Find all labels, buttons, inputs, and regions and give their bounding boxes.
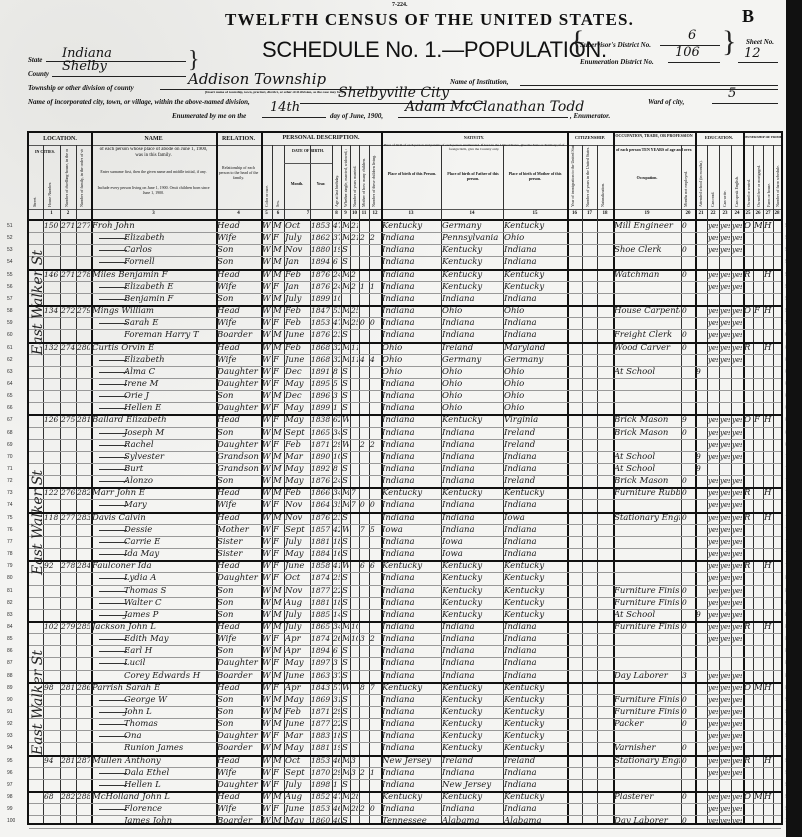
- cell-sex: F: [273, 548, 283, 560]
- cell-write: yes: [720, 354, 730, 366]
- cell-occupation: At School: [614, 366, 680, 378]
- cell-father: Kentucky: [442, 244, 502, 256]
- cell-school: 9: [696, 451, 706, 463]
- cell-color: W: [262, 475, 271, 487]
- cell-living: 1: [370, 281, 380, 293]
- cell-age: 34: [333, 427, 340, 439]
- cell-birth: Kentucky: [382, 682, 440, 694]
- cell-father: Kentucky: [442, 572, 502, 584]
- cell-mother-birth: Kentucky: [504, 682, 566, 694]
- cell-ym: 2: [351, 269, 358, 281]
- cell-year: 1853: [311, 317, 331, 329]
- line-number: 75: [7, 512, 13, 524]
- cell-speak: yes: [732, 317, 742, 329]
- cell-speak: yes: [732, 621, 742, 633]
- cell-relation: Daughter: [217, 378, 260, 390]
- cell-occupation: Shoe Clerk: [614, 244, 680, 256]
- enumeration-line: [668, 62, 720, 63]
- cell-month: Feb: [285, 706, 309, 718]
- cell-color: W: [262, 269, 271, 281]
- cell-unemp: 0: [682, 487, 694, 499]
- cell-color: W: [262, 779, 271, 791]
- cell-relation: Wife: [217, 354, 260, 366]
- cell-relation: Sister: [217, 536, 260, 548]
- cell-write: yes: [720, 694, 730, 706]
- cell-marital: M: [342, 499, 349, 511]
- cell-birth: New Jersey: [382, 755, 440, 767]
- cell-year: 1890: [311, 451, 331, 463]
- cell-color: W: [262, 342, 271, 354]
- cell-relation: Head: [217, 682, 260, 694]
- cell-color: W: [262, 657, 271, 669]
- cell-year: 1853: [311, 755, 331, 767]
- county-value: Shelby: [62, 59, 107, 74]
- cell-read: yes: [708, 475, 718, 487]
- cell-name: Mullen Anthony: [92, 755, 215, 767]
- cell-color: W: [262, 730, 271, 742]
- name-header: NAME: [91, 136, 216, 142]
- cell-write: yes: [720, 329, 730, 341]
- cell-family: 283: [77, 512, 90, 524]
- column-number: 28: [773, 211, 781, 216]
- cell-sex: M: [273, 256, 283, 268]
- cell-sex: M: [273, 694, 283, 706]
- cell-speak: yes: [732, 815, 742, 827]
- cell-read: yes: [708, 499, 718, 511]
- cell-age: 37: [333, 670, 340, 682]
- cell-marital: M: [342, 487, 349, 499]
- cell-marital: S: [342, 706, 349, 718]
- table-row: Foreman Harry TBoarderWMJune187623SIndia…: [29, 329, 781, 341]
- cell-speak: yes: [732, 524, 742, 536]
- line-number: 83: [7, 609, 13, 621]
- cell-color: W: [262, 767, 271, 779]
- cell-mother: 6: [360, 560, 368, 572]
- line-number: 67: [7, 414, 13, 426]
- cell-year: 1864: [311, 499, 331, 511]
- cell-color: W: [262, 548, 271, 560]
- occupation-header: OCCUPATION, TRADE, OR PROFESSION: [613, 134, 695, 139]
- cell-mother-birth: Kentucky: [504, 597, 566, 609]
- cell-mother-birth: Indiana: [504, 463, 566, 475]
- cell-father: Kentucky: [442, 560, 502, 572]
- cell-year: 1871: [311, 706, 331, 718]
- cell-dwelling: 274: [61, 342, 75, 354]
- cell-read: yes: [708, 317, 718, 329]
- mother-of-col-header: Mother of how many children.: [361, 149, 366, 207]
- line-number: 97: [7, 779, 13, 791]
- institution-label: Name of Institution,: [450, 78, 509, 86]
- line-number: 55: [7, 269, 13, 281]
- cell-age: 6: [333, 256, 340, 268]
- cell-sex: M: [273, 815, 283, 827]
- column-number: 25: [743, 211, 753, 216]
- cell-write: yes: [720, 597, 730, 609]
- cell-sex: M: [273, 475, 283, 487]
- cell-mother-birth: Indiana: [504, 317, 566, 329]
- cell-mother-birth: Indiana: [504, 657, 566, 669]
- cell-year: 1894: [311, 256, 331, 268]
- cell-write: yes: [720, 730, 730, 742]
- cell-month: July: [285, 536, 309, 548]
- cell-birth: Indiana: [382, 402, 440, 414]
- cell-read: yes: [708, 269, 718, 281]
- column-number: 17: [582, 211, 597, 216]
- table-row: Irene MDaughterWFMay18955SIndianaOhioOhi…: [29, 378, 781, 390]
- cell-age: 47: [333, 220, 340, 232]
- cell-color: W: [262, 803, 271, 815]
- cell-own: R: [744, 512, 752, 524]
- cell-read: yes: [708, 803, 718, 815]
- ditto-dash: [99, 809, 127, 810]
- line-number: 51: [7, 220, 13, 232]
- table-row: 134272279Mings WilliamHeadWMFeb184753M25…: [29, 305, 781, 317]
- cell-family: 280: [77, 342, 90, 354]
- table-row: 102279285Jackson John LHeadWMJuly186534M…: [29, 621, 781, 633]
- cell-family: 278: [77, 269, 90, 281]
- cell-relation: Boarder: [217, 329, 260, 341]
- cell-speak: yes: [732, 427, 742, 439]
- cell-year: 1865: [311, 427, 331, 439]
- cell-month: May: [285, 475, 309, 487]
- cell-relation: Daughter: [217, 657, 260, 669]
- cell-birth: Indiana: [382, 670, 440, 682]
- cell-birth: Indiana: [382, 317, 440, 329]
- cell-month: Feb: [285, 439, 309, 451]
- cell-marital: S: [342, 694, 349, 706]
- cell-relation: Wife: [217, 803, 260, 815]
- cell-month: Dec: [285, 390, 309, 402]
- cell-relation: Grandson: [217, 451, 260, 463]
- cell-ym: 28: [351, 803, 358, 815]
- ditto-dash: [99, 639, 127, 640]
- street-col-header: Street.: [32, 161, 37, 207]
- cell-read: yes: [708, 791, 718, 803]
- cell-sex: F: [273, 354, 283, 366]
- cell-marital: Wd: [342, 560, 349, 572]
- cell-year: 1891: [311, 366, 331, 378]
- cell-house: 68: [44, 791, 59, 803]
- cell-occupation: Day Laborer: [614, 670, 680, 682]
- cell-age: 16: [333, 548, 340, 560]
- cell-month: July: [285, 609, 309, 621]
- table-row: SylvesterGrandsonWMMar189010SIndianaIndi…: [29, 451, 781, 463]
- cell-birth: Indiana: [382, 803, 440, 815]
- cell-color: W: [262, 354, 271, 366]
- cell-mother-birth: Kentucky: [504, 730, 566, 742]
- cell-read: yes: [708, 451, 718, 463]
- cell-mother-birth: Ohio: [504, 305, 566, 317]
- cell-relation: Daughter: [217, 572, 260, 584]
- cell-marital: M: [342, 621, 349, 633]
- cell-write: yes: [720, 670, 730, 682]
- cell-house: 98: [44, 682, 59, 694]
- cell-relation: Wife: [217, 499, 260, 511]
- cell-name: Jackson John L: [92, 621, 215, 633]
- column-number: 12: [369, 211, 381, 216]
- cell-birth: Kentucky: [382, 487, 440, 499]
- cell-color: W: [262, 256, 271, 268]
- cell-month: Feb: [285, 305, 309, 317]
- cell-year: 1897: [311, 657, 331, 669]
- cell-speak: yes: [732, 803, 742, 815]
- cell-year: 1895: [311, 378, 331, 390]
- cell-color: W: [262, 694, 271, 706]
- dob-rule: [284, 163, 332, 164]
- cell-name: McHolland John L: [92, 791, 215, 803]
- cell-year: 1871: [311, 439, 331, 451]
- census-table: LOCATION. IN CITIES. NAME of each person…: [27, 131, 783, 825]
- column-number: 24: [731, 211, 743, 216]
- cell-mother-birth: Ohio: [504, 232, 566, 244]
- table-row: Joseph MSonWMSept186534SIndianaIndianaIr…: [29, 427, 781, 439]
- cell-year: 1865: [311, 621, 331, 633]
- table-row: 68282288McHolland John LHeadWMAug185247M…: [29, 791, 781, 803]
- sheet-line: [738, 62, 778, 63]
- cell-age: 14: [333, 609, 340, 621]
- cell-relation: Son: [217, 718, 260, 730]
- cell-marital: S: [342, 609, 349, 621]
- ditto-dash: [99, 773, 127, 774]
- cell-occupation: Furniture Finisher: [614, 694, 680, 706]
- cell-ym: 11: [351, 342, 358, 354]
- cell-dwelling: 281: [61, 755, 75, 767]
- cell-marital: S: [342, 390, 349, 402]
- table-row: Thomas SSonWMNov187722SIndianaKentuckyKe…: [29, 585, 781, 597]
- cell-ym: 21: [351, 220, 358, 232]
- cell-name: Miles Benjamin F: [92, 269, 215, 281]
- cell-age: 37: [333, 232, 340, 244]
- cell-color: W: [262, 585, 271, 597]
- cell-marital: S: [342, 548, 349, 560]
- cell-write: yes: [720, 427, 730, 439]
- cell-month: May: [285, 463, 309, 475]
- cell-father: Indiana: [442, 293, 502, 305]
- cell-speak: yes: [732, 342, 742, 354]
- cell-farm: H: [764, 560, 772, 572]
- cell-ym: 28: [351, 791, 358, 803]
- cell-read: yes: [708, 815, 718, 827]
- cell-sex: M: [273, 597, 283, 609]
- cell-mother: 7: [360, 524, 368, 536]
- cell-mother-birth: Kentucky: [504, 694, 566, 706]
- cell-birth: Iowa: [382, 524, 440, 536]
- cell-dwelling: 272: [61, 305, 75, 317]
- cell-living: 0: [370, 499, 380, 511]
- cell-birth: Indiana: [382, 718, 440, 730]
- cell-father: Indiana: [442, 451, 502, 463]
- cell-speak: yes: [732, 742, 742, 754]
- cell-write: yes: [720, 536, 730, 548]
- column-number: 8: [332, 211, 341, 216]
- cell-living: 0: [370, 317, 380, 329]
- cell-mother-birth: Virginia: [504, 414, 566, 426]
- county-line: [52, 76, 186, 77]
- cell-relation: Head: [217, 305, 260, 317]
- cell-write: yes: [720, 269, 730, 281]
- cell-family: 279: [77, 305, 90, 317]
- cell-age: 46: [333, 803, 340, 815]
- cell-month: Mar: [285, 451, 309, 463]
- cell-house: 102: [44, 621, 59, 633]
- cell-father: Indiana: [442, 439, 502, 451]
- cell-month: Nov: [285, 244, 309, 256]
- table-row: George WSonWMMay186931SIndianaKentuckyKe…: [29, 694, 781, 706]
- cell-sex: M: [273, 755, 283, 767]
- cell-mother-birth: Kentucky: [504, 281, 566, 293]
- cell-speak: yes: [732, 487, 742, 499]
- cell-color: W: [262, 572, 271, 584]
- cell-relation: Son: [217, 706, 260, 718]
- cell-birth: Indiana: [382, 572, 440, 584]
- cell-age: 22: [333, 585, 340, 597]
- cell-own: O: [744, 682, 752, 694]
- cell-unemp: 0: [682, 621, 694, 633]
- cell-birth: Kentucky: [382, 791, 440, 803]
- cell-year: 1860: [311, 815, 331, 827]
- ditto-dash: [99, 481, 127, 482]
- cell-color: W: [262, 706, 271, 718]
- column-number: 2: [60, 211, 76, 216]
- cell-father: Kentucky: [442, 718, 502, 730]
- cell-birth: Indiana: [382, 548, 440, 560]
- table-row: John LSonWMFeb187129SIndianaKentuckyKent…: [29, 706, 781, 718]
- table-row: DessieMotherWFSept185742Wd75IowaIndianaI…: [29, 524, 781, 536]
- cell-relation: Head: [217, 220, 260, 232]
- ward-label: Ward of city,: [648, 98, 684, 106]
- cell-read: yes: [708, 536, 718, 548]
- cell-father: Kentucky: [442, 694, 502, 706]
- cell-mother-birth: Ireland: [504, 439, 566, 451]
- cell-speak: yes: [732, 730, 742, 742]
- cell-age: 22: [333, 718, 340, 730]
- column-number: 4: [216, 211, 261, 216]
- line-number: 68: [7, 427, 13, 439]
- ditto-dash: [99, 603, 127, 604]
- cell-mother-birth: Indiana: [504, 633, 566, 645]
- cell-color: W: [262, 244, 271, 256]
- census-sheet: 7-224. TWELFTH CENSUS OF THE UNITED STAT…: [0, 0, 786, 837]
- cell-father: Indiana: [442, 475, 502, 487]
- cell-mother-birth: Ohio: [504, 402, 566, 414]
- cell-mother-birth: Indiana: [504, 329, 566, 341]
- cell-color: W: [262, 414, 271, 426]
- can-read-col-header: Can read.: [710, 163, 715, 207]
- ditto-dash: [99, 250, 127, 251]
- street-label: East Walker St: [30, 250, 46, 355]
- cell-birth: Indiana: [382, 390, 440, 402]
- cell-birth: Indiana: [382, 475, 440, 487]
- cell-speak: yes: [732, 439, 742, 451]
- cell-marital: S: [342, 742, 349, 754]
- cell-write: yes: [720, 475, 730, 487]
- cell-age: 3: [333, 657, 340, 669]
- cell-school: 9: [696, 609, 706, 621]
- cell-month: Feb: [285, 342, 309, 354]
- cell-mother-birth: Kentucky: [504, 487, 566, 499]
- cell-sex: M: [273, 621, 283, 633]
- cell-mother-birth: Kentucky: [504, 791, 566, 803]
- cell-unemp: 0: [682, 269, 694, 281]
- cell-sex: M: [273, 390, 283, 402]
- table-row: 92278284Faulconer IdaHeadWFJune185841Wd6…: [29, 560, 781, 572]
- cell-month: June: [285, 670, 309, 682]
- cell-speak: yes: [732, 597, 742, 609]
- cell-relation: Head: [217, 487, 260, 499]
- cell-speak: yes: [732, 694, 742, 706]
- line-number: 99: [7, 803, 13, 815]
- cell-write: yes: [720, 706, 730, 718]
- cell-age: 10: [333, 451, 340, 463]
- cell-name: Mings William: [92, 305, 215, 317]
- cell-family: 285: [77, 621, 90, 633]
- line-number: 79: [7, 560, 13, 572]
- cell-mother-birth: Kentucky: [504, 718, 566, 730]
- ditto-dash: [99, 360, 127, 361]
- cell-sex: M: [273, 220, 283, 232]
- cell-unemp: 0: [682, 475, 694, 487]
- cell-mother: 3: [360, 633, 368, 645]
- cell-farm: H: [764, 791, 772, 803]
- cell-birth: Indiana: [382, 645, 440, 657]
- cell-age: 40: [333, 815, 340, 827]
- cell-color: W: [262, 718, 271, 730]
- table-row: 98281286Parrish Sarah EHeadWFApr184357Wd…: [29, 682, 781, 694]
- cell-father: Indiana: [442, 767, 502, 779]
- column-number: 26: [753, 211, 763, 216]
- ditto-dash: [99, 323, 127, 324]
- birth-person-header: Place of birth of this Person.: [383, 171, 441, 176]
- ditto-dash: [99, 505, 127, 506]
- cell-occupation: Stationary Engineer: [614, 755, 680, 767]
- cell-mother-birth: Indiana: [504, 524, 566, 536]
- cell-name: Davis Calvin: [92, 512, 215, 524]
- table-row: ElizabethWifeWFJuly186237M2122IndianaPen…: [29, 232, 781, 244]
- cell-birth: Indiana: [382, 451, 440, 463]
- cell-year: 1876: [311, 269, 331, 281]
- cell-age: 18: [333, 536, 340, 548]
- cell-age: 32: [333, 342, 340, 354]
- cell-occupation: Mill Engineer: [614, 220, 680, 232]
- cell-color: W: [262, 305, 271, 317]
- cell-school: 9: [696, 366, 706, 378]
- cell-color: W: [262, 402, 271, 414]
- cell-age: 1: [333, 779, 340, 791]
- cell-marital: S: [342, 244, 349, 256]
- ditto-dash: [99, 457, 127, 458]
- cell-occupation: Furniture Finisher: [614, 585, 680, 597]
- farm-house-col-header: Farm or house.: [766, 145, 771, 207]
- cell-write: yes: [720, 244, 730, 256]
- cell-sex: F: [273, 779, 283, 791]
- cell-occupation: Brick Mason: [614, 414, 680, 426]
- cell-mother-birth: Indiana: [504, 451, 566, 463]
- cell-farm: H: [764, 621, 772, 633]
- cell-year: 1883: [311, 730, 331, 742]
- cell-mother-birth: Indiana: [504, 499, 566, 511]
- cell-mother-birth: Indiana: [504, 803, 566, 815]
- cell-color: W: [262, 390, 271, 402]
- cell-marital: M: [342, 269, 349, 281]
- cell-sex: F: [273, 378, 283, 390]
- line-number: 78: [7, 548, 13, 560]
- cell-read: yes: [708, 354, 718, 366]
- cell-own: R: [744, 560, 752, 572]
- cell-color: W: [262, 621, 271, 633]
- column-number: 1: [43, 211, 60, 216]
- cell-unemp: 3: [682, 670, 694, 682]
- ownership-header: OWNERSHIP OF HOME.: [743, 135, 783, 139]
